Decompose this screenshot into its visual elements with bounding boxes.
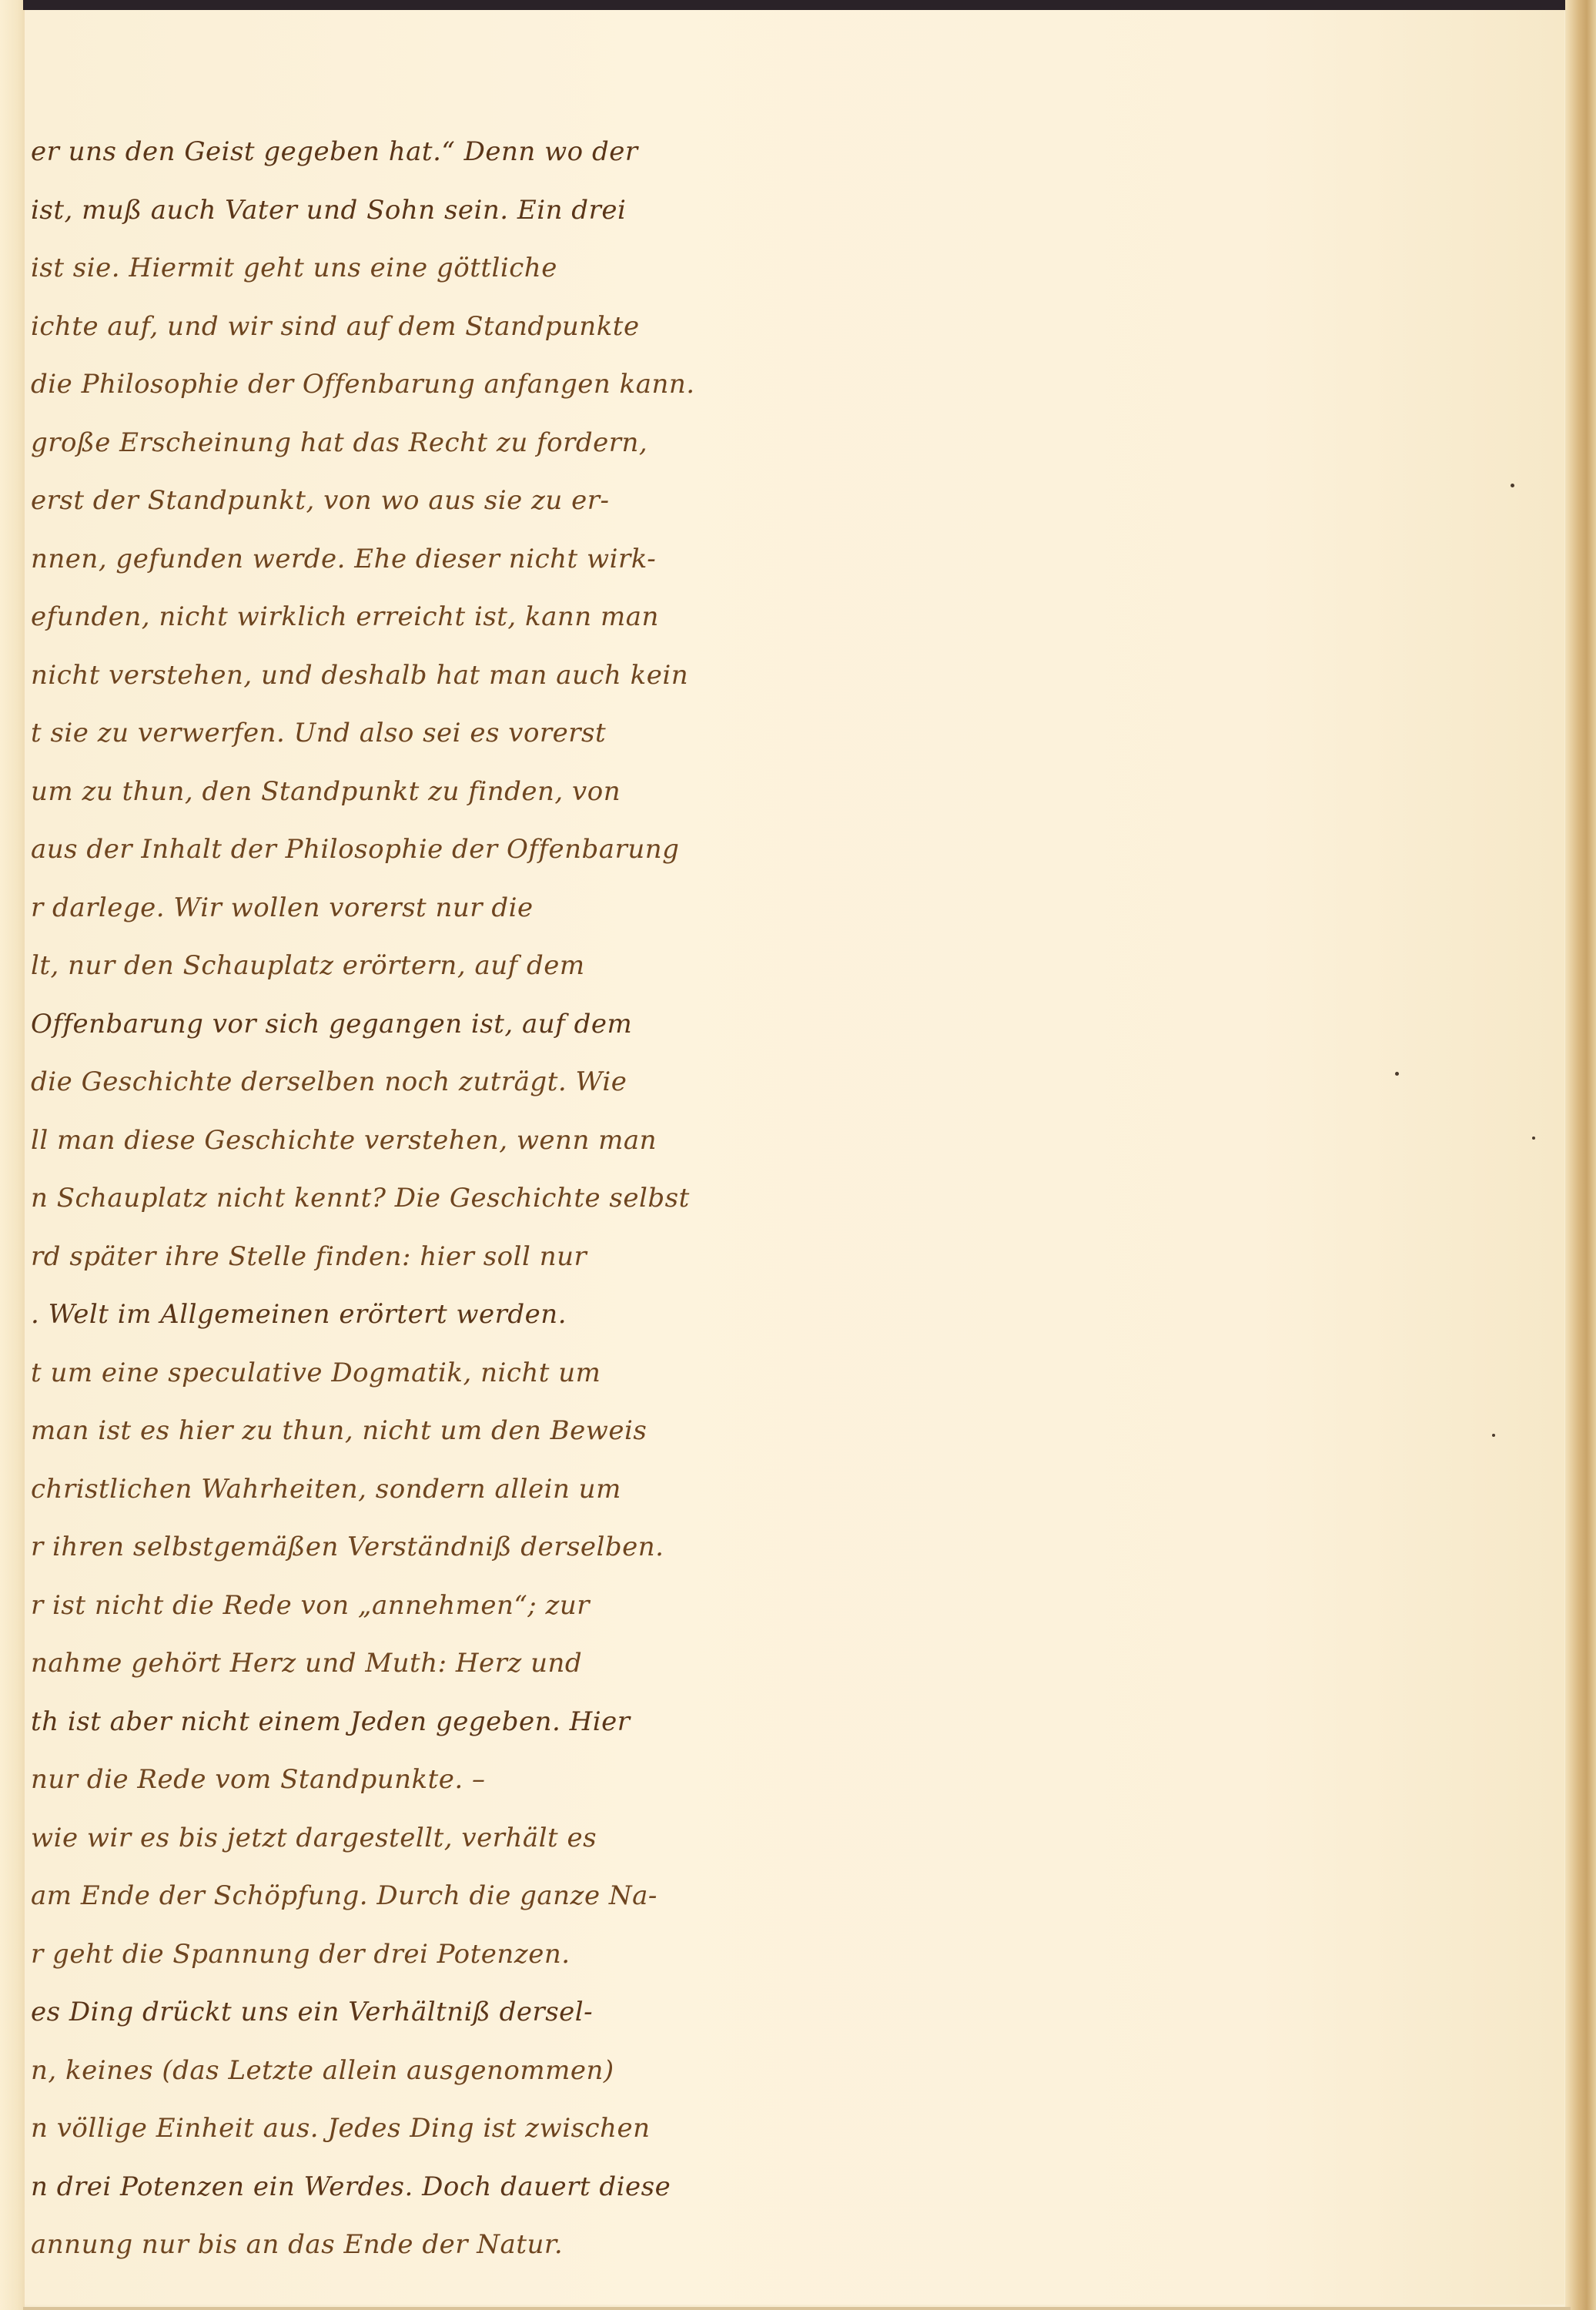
text-line: ichte auf, und wir sind auf dem Standpun… <box>31 298 816 357</box>
text-line: th ist aber nicht einem Jeden gegeben. H… <box>31 1693 816 1752</box>
text-line: nur die Rede vom Standpunkte. – <box>31 1751 816 1809</box>
scan-top-border <box>23 0 1571 10</box>
text-line: r ist nicht die Rede von „annehmen“; zur <box>31 1577 816 1635</box>
text-line: efunden, nicht wirklich erreicht ist, ka… <box>31 588 816 647</box>
text-line: wie wir es bis jetzt dargestellt, verhäl… <box>31 1809 816 1868</box>
text-line: r ihren selbstgemäßen Verständniß dersel… <box>31 1518 816 1577</box>
text-line: ist sie. Hiermit geht uns eine göttliche <box>31 239 816 298</box>
text-line: r geht die Spannung der drei Potenzen. <box>31 1926 816 1984</box>
text-line: er uns den Geist gegeben hat.“ Denn wo d… <box>31 123 816 182</box>
ink-speck <box>1492 1434 1495 1437</box>
text-line: . Welt im Allgemeinen erörtert werden. <box>31 1286 816 1344</box>
text-line: ist, muß auch Vater und Sohn sein. Ein d… <box>31 182 816 240</box>
text-line: um zu thun, den Standpunkt zu finden, vo… <box>31 763 816 822</box>
text-line: n völlige Einheit aus. Jedes Ding ist zw… <box>31 2100 816 2158</box>
text-line: die Philosophie der Offenbarung anfangen… <box>31 356 816 414</box>
text-line: n drei Potenzen ein Werdes. Doch dauert … <box>31 2158 816 2217</box>
text-line: ll man diese Geschichte verstehen, wenn … <box>31 1112 816 1170</box>
text-line: es Ding drückt uns ein Verhältniß dersel… <box>31 1984 816 2042</box>
text-line: t um eine speculative Dogmatik, nicht um <box>31 1344 816 1403</box>
ink-speck <box>1395 1072 1399 1076</box>
text-line: rd später ihre Stelle finden: hier soll … <box>31 1228 816 1287</box>
text-line: erst der Standpunkt, von wo aus sie zu e… <box>31 472 816 531</box>
text-line: am Ende der Schöpfung. Durch die ganze N… <box>31 1867 816 1926</box>
text-line: die Geschichte derselben noch zuträgt. W… <box>31 1053 816 1112</box>
text-line: christlichen Wahrheiten, sondern allein … <box>31 1461 816 1519</box>
facing-page-edge <box>0 0 25 2310</box>
handwritten-text-block: er uns den Geist gegeben hat.“ Denn wo d… <box>31 123 816 2275</box>
text-line: Offenbarung vor sich gegangen ist, auf d… <box>31 996 816 1054</box>
text-line: man ist es hier zu thun, nicht um den Be… <box>31 1402 816 1461</box>
text-line: große Erscheinung hat das Recht zu forde… <box>31 414 816 473</box>
text-line: aus der Inhalt der Philosophie der Offen… <box>31 821 816 879</box>
text-line: nnen, gefunden werde. Ehe dieser nicht w… <box>31 531 816 589</box>
text-line: t sie zu verwerfen. Und also sei es vore… <box>31 705 816 763</box>
ink-speck <box>1511 484 1514 487</box>
scan-bottom-border <box>23 2307 1571 2310</box>
text-line: n, keines (das Letzte allein ausgenommen… <box>31 2042 816 2101</box>
page-fore-edge <box>1565 0 1596 2310</box>
text-line: nicht verstehen, und deshalb hat man auc… <box>31 647 816 705</box>
text-line: r darlege. Wir wollen vorerst nur die <box>31 879 816 938</box>
text-line: nahme gehört Herz und Muth: Herz und <box>31 1635 816 1693</box>
text-line: lt, nur den Schauplatz erörtern, auf dem <box>31 937 816 996</box>
text-line: annung nur bis an das Ende der Natur. <box>31 2216 816 2275</box>
text-line: n Schauplatz nicht kennt? Die Geschichte… <box>31 1170 816 1228</box>
ink-speck <box>1532 1137 1535 1140</box>
